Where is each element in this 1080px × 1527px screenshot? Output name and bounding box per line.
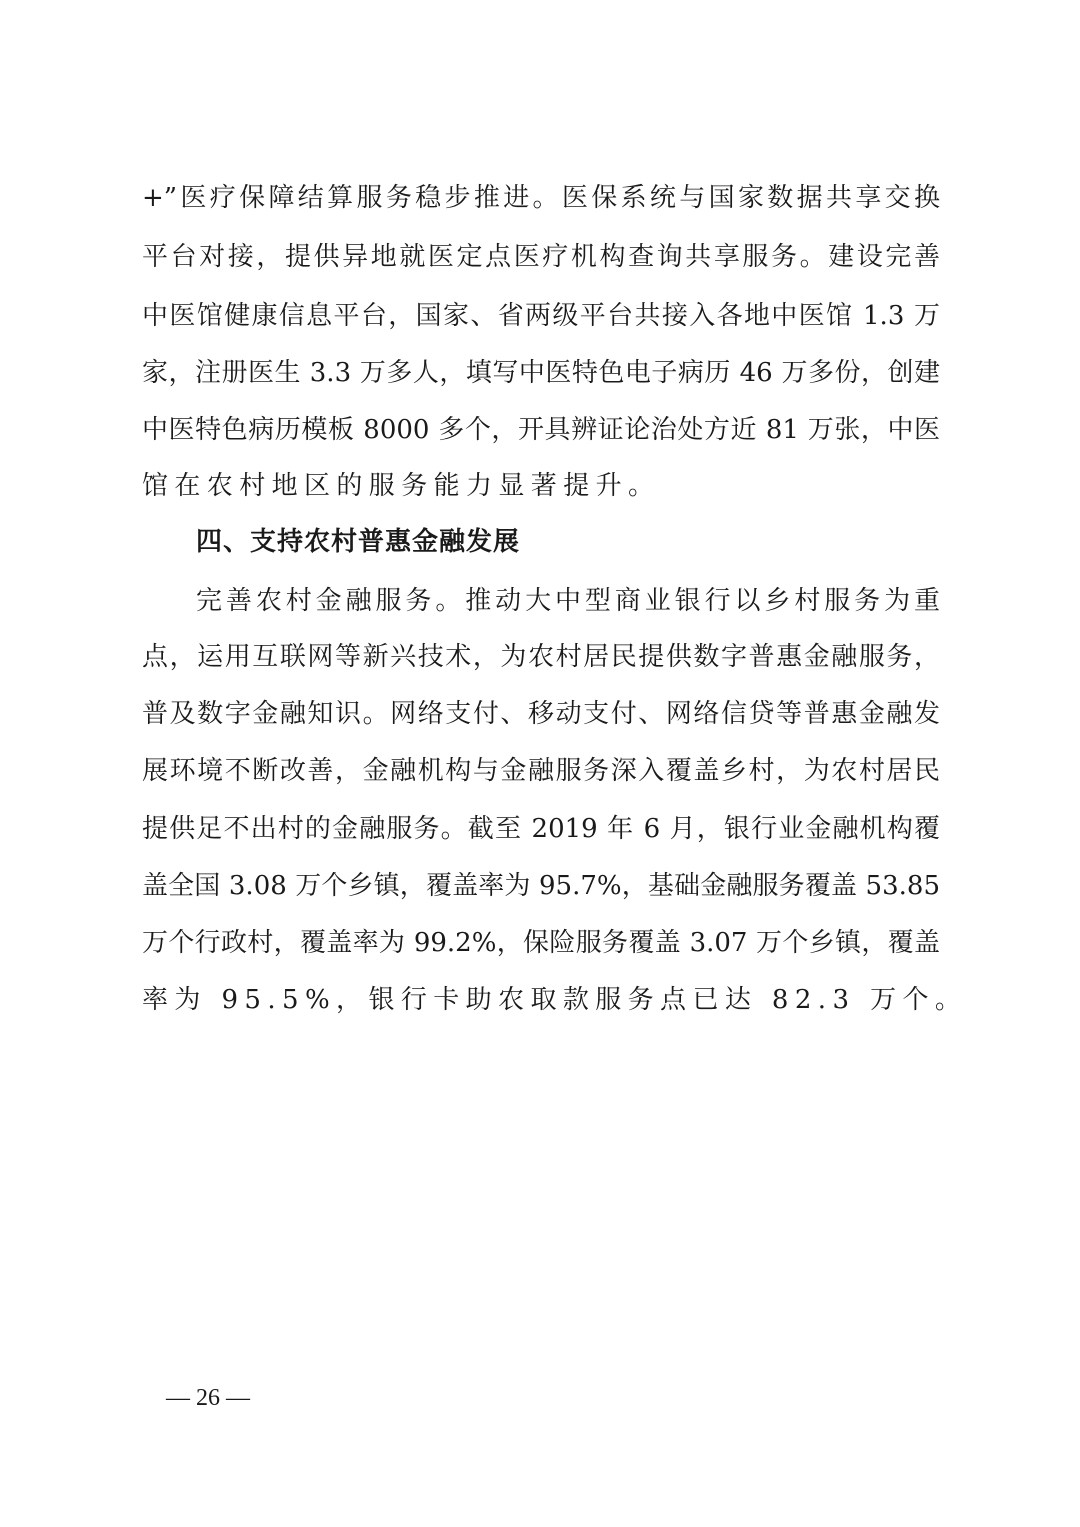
document-page: +”医疗保障结算服务稳步推进。医保系统与国家数据共享交换 平台对接，提供异地就医… [0, 0, 1080, 1527]
paragraph-line: 平台对接，提供异地就医定点医疗机构查询共享服务。建设完善 [142, 237, 940, 277]
paragraph-line: 馆在农村地区的服务能力显著提升。 [142, 466, 940, 506]
paragraph-line: 点，运用互联网等新兴技术，为农村居民提供数字普惠金融服务， [142, 637, 940, 677]
paragraph-line: 普及数字金融知识。网络支付、移动支付、网络信贷等普惠金融发 [142, 694, 940, 734]
page-number: — 26 — [166, 1378, 250, 1418]
paragraph-line: 万个行政村，覆盖率为 99.2%，保险服务覆盖 3.07 万个乡镇，覆盖 [142, 923, 940, 963]
paragraph-line: 中医特色病历模板 8000 多个，开具辨证论治处方近 81 万张，中医 [142, 410, 940, 450]
paragraph-line: +”医疗保障结算服务稳步推进。医保系统与国家数据共享交换 [142, 178, 940, 218]
paragraph-line: 率为 95.5%，银行卡助农取款服务点已达 82.3 万个。 [142, 980, 940, 1020]
paragraph-line: 家，注册医生 3.3 万多人，填写中医特色电子病历 46 万多份，创建 [142, 353, 940, 393]
paragraph-line: 中医馆健康信息平台，国家、省两级平台共接入各地中医馆 1.3 万 [142, 296, 940, 336]
paragraph-line: 盖全国 3.08 万个乡镇，覆盖率为 95.7%，基础金融服务覆盖 53.85 [142, 866, 940, 906]
paragraph-line: 提供足不出村的金融服务。截至 2019 年 6 月，银行业金融机构覆 [142, 809, 940, 849]
paragraph-line: 展环境不断改善，金融机构与金融服务深入覆盖乡村，为农村居民 [142, 751, 940, 791]
paragraph-line: 完善农村金融服务。推动大中型商业银行以乡村服务为重 [196, 581, 940, 621]
section-heading: 四、支持农村普惠金融发展 [196, 522, 520, 562]
